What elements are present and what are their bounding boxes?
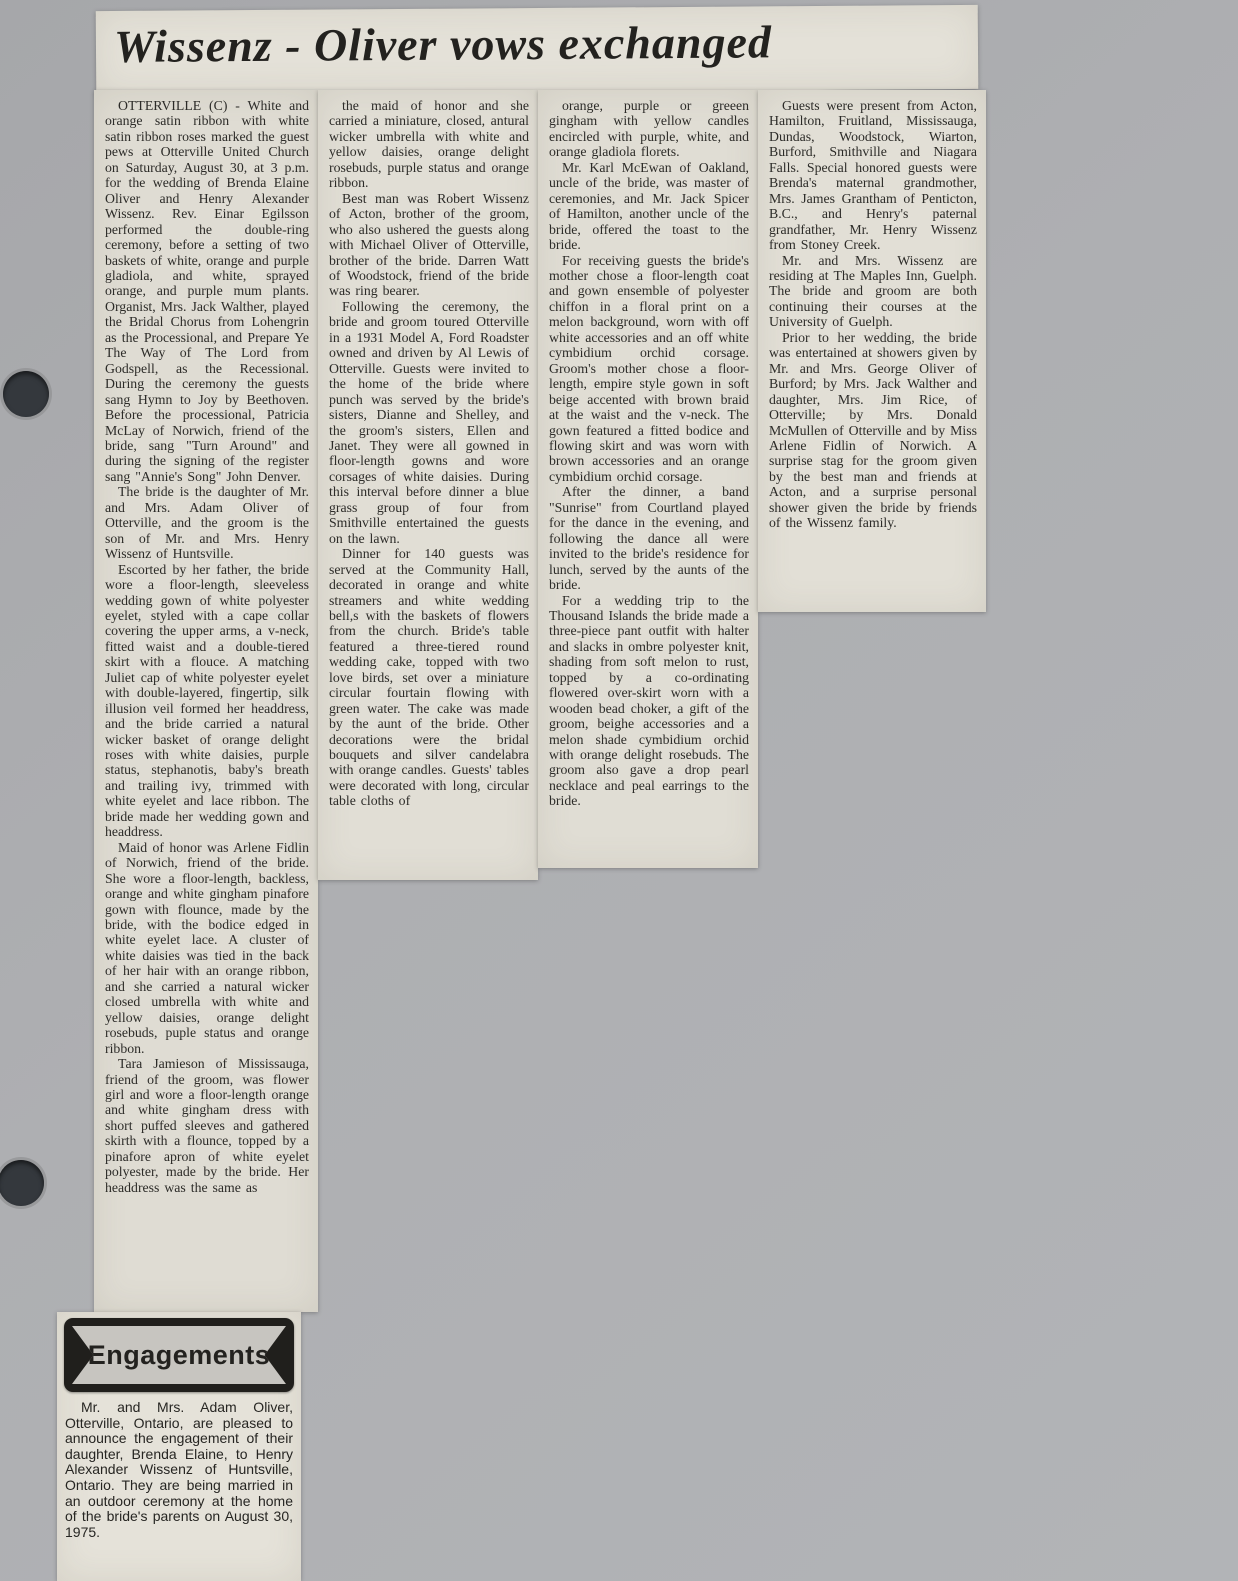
article-paragraph: For receiving guests the bride's mother … [549, 253, 749, 485]
article-column-3: orange, purple or greeen gingham with ye… [538, 90, 758, 868]
article-paragraph: The bride is the daughter of Mr. and Mrs… [105, 484, 309, 561]
engagements-banner: Engagements [64, 1318, 294, 1392]
article-paragraph: Mr. Karl McEwan of Oakland, uncle of the… [549, 160, 749, 253]
article-paragraph: Escorted by her father, the bride wore a… [105, 562, 309, 840]
article-paragraph: Dinner for 140 guests was served at the … [329, 546, 529, 809]
engagements-title: Engagements [88, 1340, 271, 1371]
article-paragraph: After the dinner, a band "Sunrise" from … [549, 484, 749, 592]
article-column-4: Guests were present from Acton, Hamilton… [758, 90, 986, 612]
article-paragraph: Prior to her wedding, the bride was ente… [769, 330, 977, 531]
article-paragraph: Following the ceremony, the bride and gr… [329, 299, 529, 546]
article-paragraph: Tara Jamieson of Mississauga, friend of … [105, 1056, 309, 1195]
scrapbook-page: Wissenz - Oliver vows exchanged OTTERVIL… [0, 0, 1238, 1581]
engagements-clipping: Engagements Mr. and Mrs. Adam Oliver, Ot… [57, 1312, 301, 1581]
punch-hole-bottom [0, 1160, 44, 1206]
article-paragraph: Mr. and Mrs. Wissenz are residing at The… [769, 253, 977, 330]
article-paragraph: Guests were present from Acton, Hamilton… [769, 98, 977, 253]
article-headline: Wissenz - Oliver vows exchanged [96, 5, 978, 70]
article-paragraph: Best man was Robert Wissenz of Acton, br… [329, 191, 529, 299]
engagements-banner-ribbon: Engagements [72, 1326, 286, 1384]
article-paragraph: Maid of honor was Arlene Fidlin of Norwi… [105, 840, 309, 1056]
punch-hole-top [3, 371, 49, 417]
article-paragraph: the maid of honor and she carried a mini… [329, 98, 529, 191]
article-paragraph: OTTERVILLE (C) - White and orange satin … [105, 98, 309, 484]
engagements-text: Mr. and Mrs. Adam Oliver, Otterville, On… [57, 1392, 301, 1540]
article-paragraph: For a wedding trip to the Thousand Islan… [549, 593, 749, 809]
article-paragraph: orange, purple or greeen gingham with ye… [549, 98, 749, 160]
headline-clipping: Wissenz - Oliver vows exchanged [96, 5, 979, 95]
article-column-2: the maid of honor and she carried a mini… [318, 90, 538, 880]
article-column-1: OTTERVILLE (C) - White and orange satin … [94, 90, 318, 1312]
